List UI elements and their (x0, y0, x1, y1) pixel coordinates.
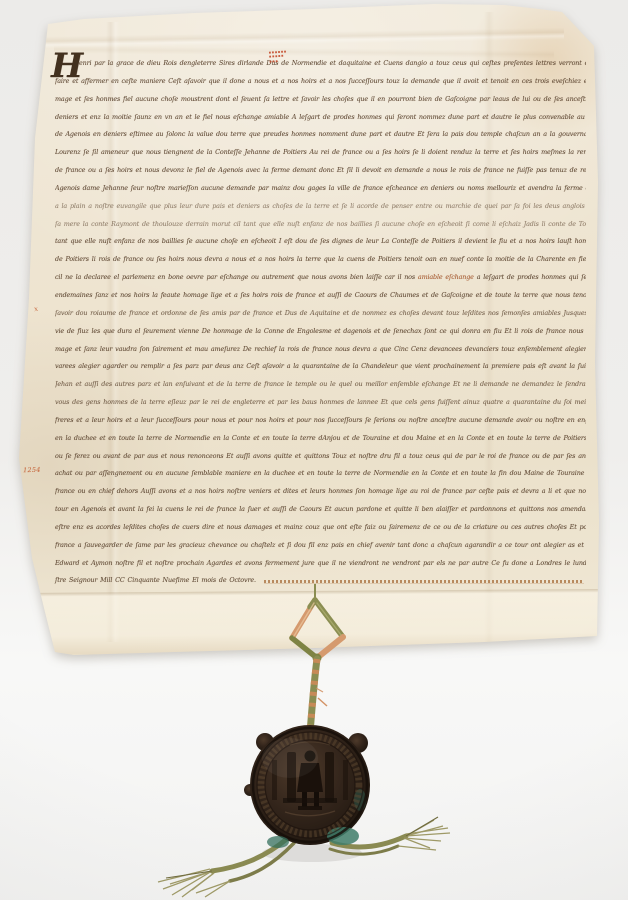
wax-seal (244, 725, 370, 848)
seal-patina (327, 827, 359, 845)
charter-photograph: H enri par la grace de dieu Rois denglet… (0, 0, 628, 900)
cord-diamond (292, 584, 343, 663)
seal-and-cords-graphic (0, 0, 628, 900)
seal-cord (310, 659, 327, 733)
